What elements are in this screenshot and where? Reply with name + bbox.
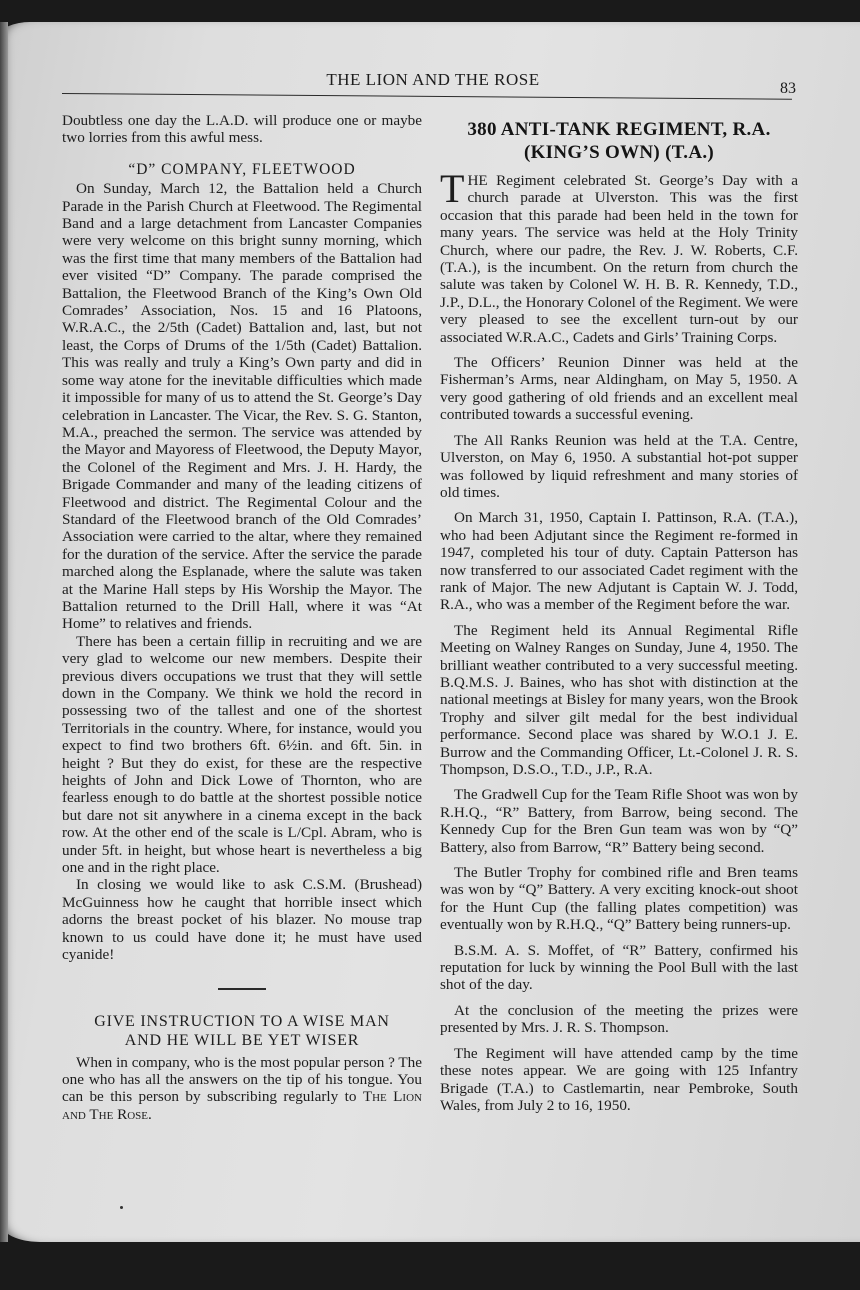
regiment-paragraph-9: At the conclusion of the meeting the pri… <box>440 1002 798 1037</box>
regiment-heading-line2: (KING’S OWN) (T.A.) <box>440 141 798 164</box>
drop-cap: T <box>440 174 464 204</box>
wise-man-end: . <box>148 1106 152 1123</box>
regiment-paragraph-6: The Gradwell Cup for the Team Rifle Shoo… <box>440 786 798 856</box>
wise-man-heading-line1: GIVE INSTRUCTION TO A WISE MAN <box>62 1012 422 1031</box>
wise-man-heading-line2: AND HE WILL BE YET WISER <box>62 1031 422 1050</box>
wise-man-paragraph: When in company, who is the most popular… <box>62 1054 422 1124</box>
regiment-paragraph-1: THE Regiment celebrated St. George’s Day… <box>440 172 798 346</box>
regiment-paragraph-7: The Butler Trophy for combined rifle and… <box>440 864 798 934</box>
regiment-heading: 380 ANTI-TANK REGIMENT, R.A. (KING’S OWN… <box>440 118 798 164</box>
regiment-paragraph-3: The All Ranks Reunion was held at the T.… <box>440 432 798 502</box>
book-spine-shadow <box>0 22 8 1242</box>
running-title: THE LION AND THE ROSE <box>58 70 808 90</box>
regiment-paragraph-4: On March 31, 1950, Captain I. Pattinson,… <box>440 509 798 613</box>
wise-man-heading: GIVE INSTRUCTION TO A WISE MAN AND HE WI… <box>62 1012 422 1050</box>
d-company-paragraph-2: There has been a certain fillip in recru… <box>62 633 422 877</box>
paper-speck <box>120 1206 123 1209</box>
regiment-heading-line1: 380 ANTI-TANK REGIMENT, R.A. <box>440 118 798 141</box>
d-company-paragraph-3: In closing we would like to ask C.S.M. (… <box>62 876 422 963</box>
regiment-paragraph-2: The Officers’ Reunion Dinner was held at… <box>440 354 798 424</box>
section-divider <box>218 988 266 990</box>
left-column: Doubtless one day the L.A.D. will produc… <box>62 112 422 1123</box>
regiment-paragraph-1-text: HE Regiment celebrated St. George’s Day … <box>440 172 798 346</box>
d-company-heading: “D” COMPANY, FLEETWOOD <box>62 161 422 178</box>
intro-paragraph: Doubtless one day the L.A.D. will produc… <box>62 112 422 147</box>
right-column: 380 ANTI-TANK REGIMENT, R.A. (KING’S OWN… <box>440 112 798 1114</box>
regiment-paragraph-8: B.S.M. A. S. Moffet, of “R” Battery, con… <box>440 942 798 994</box>
d-company-paragraph-1: On Sunday, March 12, the Battalion held … <box>62 180 422 633</box>
regiment-paragraph-10: The Regiment will have attended camp by … <box>440 1045 798 1115</box>
regiment-paragraph-5: The Regiment held its Annual Regimental … <box>440 622 798 779</box>
page-number: 83 <box>780 80 796 98</box>
